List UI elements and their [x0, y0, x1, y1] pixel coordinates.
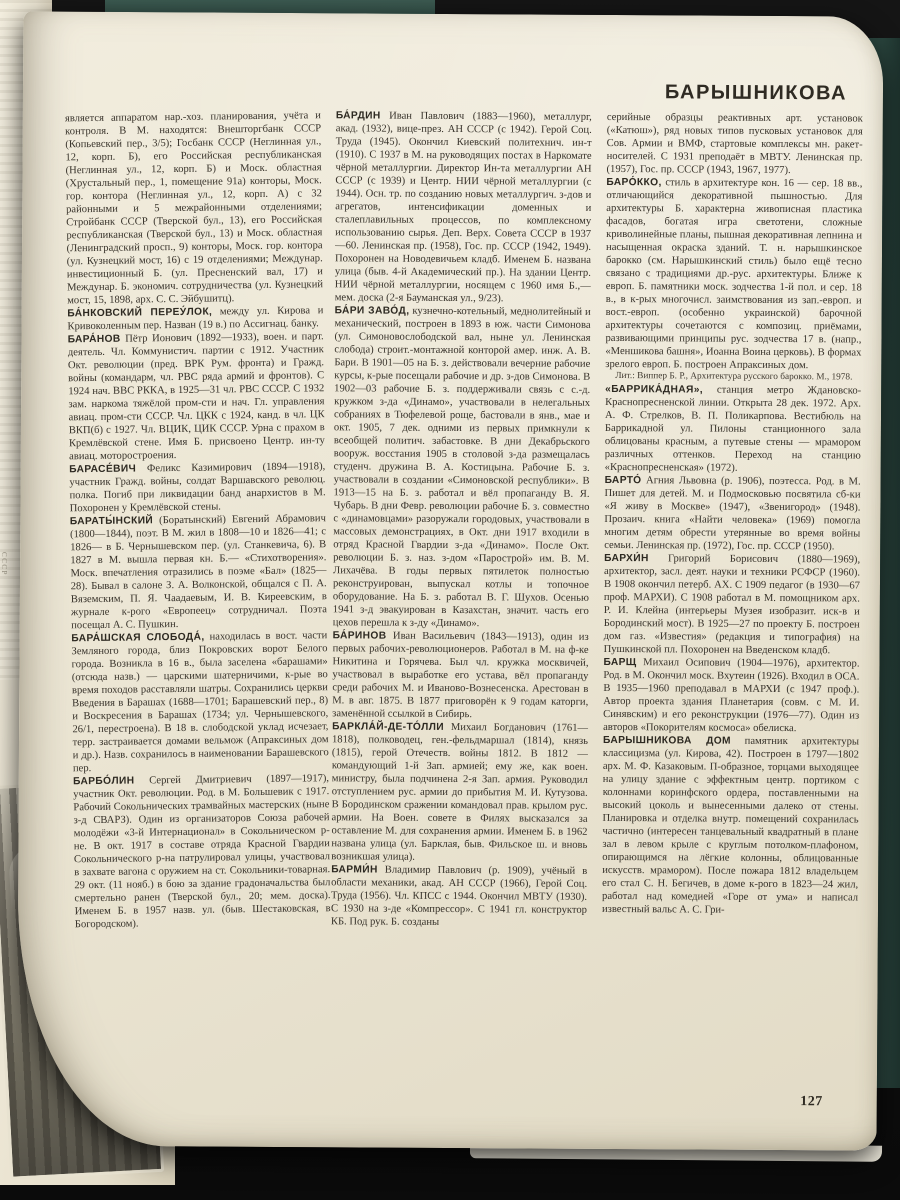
entry-headword: БАРАСЕ́ВИЧ — [69, 463, 136, 475]
entry-headword: БА́НКОВСКИЙ ПЕРЕУ́ЛОК, — [67, 307, 212, 320]
page-number: 127 — [800, 1094, 823, 1110]
entry-text: кузнечно-котельный, меднолитейный и меха… — [333, 306, 591, 629]
entry-text: станция метро Ждановско-Краснопресненско… — [605, 384, 862, 473]
entry: БА́РИ ЗАВО́Д, кузнечно-котельный, меднол… — [333, 304, 591, 631]
entry-text: находилась в вост. части Земляного город… — [71, 630, 328, 774]
entry: является аппаратом нар.-хоз. планировани… — [65, 109, 323, 307]
entry-text: Михаил Богданович (1761—1818), полководе… — [331, 722, 588, 863]
entry: БА́РИНОВ Иван Васильевич (1843—1913), од… — [332, 629, 589, 722]
entry: БАРЫШНИКОВА ДОМ памятник архитектуры кла… — [602, 733, 859, 917]
entry: БАРМИ́Н Владимир Павлович (р. 1909), учё… — [331, 863, 587, 930]
entry-text: Иван Павлович (1883—1960), металлург, ак… — [335, 111, 592, 305]
text-column: является аппаратом нар.-хоз. планировани… — [65, 109, 333, 1120]
entry: серийные образцы реактивных арт. установ… — [606, 111, 862, 178]
entry-headword: БАРКЛА́Й-ДЕ-ТО́ЛЛИ — [332, 721, 444, 733]
entry-headword: БА́РИ ЗАВО́Д, — [335, 305, 410, 316]
entry: БАРБО́ЛИН Сергей Дмитриевич (1897—1917),… — [73, 772, 331, 931]
entry: БАРЩ Михаил Осипович (1904—1976), архите… — [603, 655, 859, 735]
entry-headword: БАРЩ — [603, 656, 636, 667]
entry-headword: БАРО́ККО, — [606, 177, 661, 188]
entry-text: памятник архитектуры классицизма (ул. Ки… — [602, 735, 859, 915]
entry-text: серийные образцы реактивных арт. установ… — [606, 112, 862, 176]
entry: БАРТО́ Агния Львовна (р. 1906), поэтесса… — [604, 473, 860, 553]
encyclopedia-page: БАРЫШНИКОВА является аппаратом нар.-хоз.… — [17, 11, 884, 1150]
entry-text: Григорий Борисович (1880—1969), архитект… — [604, 553, 861, 656]
entry: БАРКЛА́Й-ДЕ-ТО́ЛЛИ Михаил Богданович (17… — [331, 720, 588, 865]
text-columns: является аппаратом нар.-хоз. планировани… — [59, 108, 863, 1121]
entry-headword: БАРХИ́Н — [604, 552, 649, 563]
entry: «БАРРИКА́ДНАЯ», станция метро Ждановско-… — [605, 382, 862, 475]
previous-page-caption-text: СССР — [0, 552, 8, 576]
entry-text: Лит.: Виппер Б. Р., Архитектура русского… — [615, 371, 852, 382]
entry: БА́НКОВСКИЙ ПЕРЕУ́ЛОК, между ул. Кирова … — [67, 304, 323, 333]
entry: БАРА́ШСКАЯ СЛОБОДА́, находилась в вост. … — [71, 629, 329, 775]
entry-headword: БАРА́НОВ — [68, 334, 121, 346]
entry-headword: БАРМИ́Н — [331, 864, 378, 875]
entry: БАРО́ККО, стиль в архитектуре кон. 16 — … — [605, 176, 862, 373]
entry-headword: БА́РДИН — [336, 110, 381, 121]
entry: БА́РДИН Иван Павлович (1883—1960), метал… — [335, 109, 592, 306]
entry-headword: БАРЫШНИКОВА ДОМ — [603, 734, 731, 746]
text-column: БА́РДИН Иван Павлович (1883—1960), метал… — [330, 109, 592, 1119]
text-column: серийные образцы реактивных арт. установ… — [601, 111, 863, 1121]
running-title: БАРЫШНИКОВА — [665, 81, 847, 105]
entry-headword: «БАРРИКА́ДНАЯ», — [605, 383, 703, 395]
entry-text: стиль в архитектуре кон. 16 — сер. 18 вв… — [605, 177, 862, 371]
entry-text: Сергей Дмитриевич (1897—1917), участник … — [73, 773, 331, 930]
entry-headword: БА́РИНОВ — [333, 630, 387, 641]
entry-text: Иван Васильевич (1843—1913), один из пер… — [332, 631, 589, 721]
entry: Лит.: Виппер Б. Р., Архитектура русского… — [605, 371, 861, 384]
entry-text: Агния Львовна (р. 1906), поэтесса. Род. … — [604, 475, 860, 552]
entry-headword: БАРАТЫ́НСКИЙ — [70, 515, 153, 527]
entry-text: Михаил Осипович (1904—1976), архитектор.… — [603, 657, 859, 734]
entry-text: является аппаратом нар.-хоз. планировани… — [65, 110, 323, 306]
entry-headword: БАРТО́ — [605, 474, 642, 485]
entry: БАРХИ́Н Григорий Борисович (1880—1969), … — [604, 551, 861, 657]
entry-text: Пётр Ионович (1892—1933), воен. и парт. … — [68, 331, 325, 462]
entry: БАРАТЫ́НСКИЙ (Боратынский) Евгений Абрам… — [70, 512, 327, 632]
entry-text: (Боратынский) Евгений Абрамович (1800—18… — [70, 513, 327, 631]
entry-headword: БАРБО́ЛИН — [73, 776, 135, 788]
entry: БАРА́НОВ Пётр Ионович (1892—1933), воен.… — [68, 330, 326, 463]
entry-headword: БАРА́ШСКАЯ СЛОБОДА́, — [71, 632, 204, 645]
entry: БАРАСЕ́ВИЧ Феликс Казимирович (1894—1918… — [69, 460, 326, 515]
